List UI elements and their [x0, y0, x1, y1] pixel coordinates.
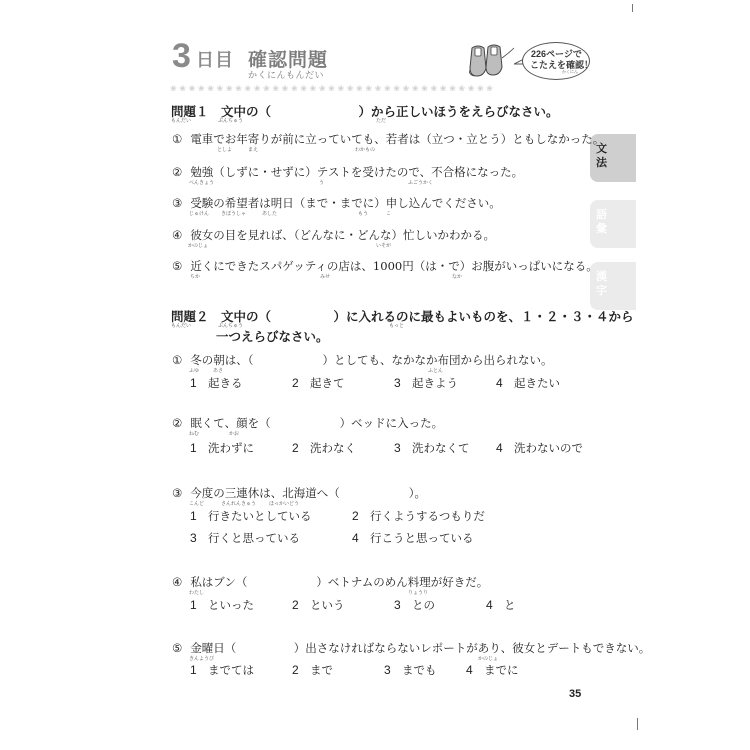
ruby: ふゆ [189, 367, 199, 374]
option-2-1-2[interactable]: 2起きて [292, 375, 345, 391]
ruby: ふとん [428, 367, 443, 374]
ruby: きぼうしゃ [221, 210, 246, 217]
day-label: 日目 [196, 46, 234, 72]
question-2-2: ②眠くて、顔を（ ）ベッドに入った。 [172, 415, 443, 431]
ruby: きんようび [189, 655, 214, 662]
option-2-3-4[interactable]: 4行こうと思っている [352, 530, 474, 546]
option-2-1-3[interactable]: 3起きよう [394, 375, 458, 391]
ruby: わかもの [355, 146, 375, 153]
ruby: まえ [248, 146, 258, 153]
ruby: りょうり [408, 589, 428, 596]
ruby: ぶんちゅう [218, 117, 243, 124]
option-2-1-4[interactable]: 4起きたい [496, 375, 560, 391]
question-2-4: ④私はブン（ ）ベトナムのめん料理が好きだ。 [172, 574, 488, 590]
page-title-reading: かくにんもんだい [248, 68, 324, 81]
question-2-3: ③今度の三連休は、北海道へ（ ）。 [172, 485, 426, 501]
option-2-4-4[interactable]: 4と [486, 597, 516, 613]
ruby: ふごうかく [408, 179, 433, 186]
ruby: あさ [213, 367, 223, 374]
ruby: かのじょ [478, 655, 498, 662]
ruby: もっと [389, 322, 404, 329]
question-1-4: ④彼女の目を見れば、（どんなに・どんな）忙しいかわかる。 [172, 227, 495, 243]
day-number: 3 [172, 36, 191, 76]
ruby: う [319, 179, 324, 186]
bubble-ruby: かくにん [562, 69, 578, 75]
ruby: もんだい [171, 322, 191, 329]
ruby: かお [229, 430, 239, 437]
question-2-5: ⑤金曜日（ ）出さなければならないレポートがあり、彼女とデートもできない。 [172, 640, 650, 656]
side-tab-vocabulary[interactable]: 語彙 [590, 200, 636, 248]
side-tab-label: 漢字 [596, 270, 610, 298]
question-1-2: ②勉強（しずに・せずに）テストを受けたので、不合格になった。 [172, 164, 523, 180]
crop-mark-top [632, 4, 633, 12]
decorative-flower-divider: ❀❀❀❀❀❀❀❀❀❀❀❀❀❀❀❀❀❀❀❀❀❀❀❀❀❀❀❀❀❀❀❀❀❀❀ [170, 84, 590, 94]
ruby: じゅけん [189, 210, 209, 217]
question-2-1: ①冬の朝は、（ ）としても、なかなか布団から出られない。 [172, 352, 553, 368]
ruby: もう [358, 210, 368, 217]
ruby: としよ [217, 146, 232, 153]
ruby: ねむ [189, 430, 199, 437]
ruby: わたし [189, 589, 204, 596]
problem-2-instruction-line2: 一つえらびなさい。 [216, 327, 329, 345]
option-2-5-4[interactable]: 4までに [466, 662, 519, 678]
option-2-2-3[interactable]: 3洗わなくて [394, 440, 470, 456]
ruby: べんきょう [189, 179, 214, 186]
ruby: いそが [376, 242, 391, 249]
ruby: さんれんきゅう [221, 500, 256, 507]
option-2-5-1[interactable]: 1までては [190, 662, 254, 678]
ruby: ちか [190, 273, 200, 280]
option-2-3-1[interactable]: 1行きたいとしている [190, 508, 312, 524]
ruby: ただ [376, 117, 386, 124]
option-2-4-1[interactable]: 1といった [190, 597, 254, 613]
option-2-4-3[interactable]: 3との [394, 597, 435, 613]
ruby: あした [262, 210, 277, 217]
question-1-1: ①電車でお年寄りが前に立っていても、若者は（立つ・立とう）ともしなかった。 [172, 131, 604, 147]
ruby: ほっかいどう [269, 500, 299, 507]
option-2-5-3[interactable]: 3までも [384, 662, 437, 678]
question-1-3: ③受験の希望者は明日（まで・までに）申し込んでください。 [172, 195, 501, 211]
option-2-1-1[interactable]: 1起きる [190, 375, 243, 391]
option-2-2-2[interactable]: 2洗わなく [292, 440, 356, 456]
option-2-4-2[interactable]: 2という [292, 597, 345, 613]
question-1-5: ⑤近くにできたスパゲッティの店は、1000円（は・で）お腹がいっぱいになる。 [172, 258, 598, 274]
option-2-5-2[interactable]: 2まで [292, 662, 333, 678]
side-tab-label: 語彙 [596, 208, 610, 236]
option-2-2-1[interactable]: 1洗わずに [190, 440, 254, 456]
ruby: こんど [189, 500, 204, 507]
crop-mark-bottom [637, 718, 638, 730]
ruby: もんだい [171, 117, 191, 124]
textbook-page: 3 日目 確認問題 かくにんもんだい ❀❀❀❀❀❀❀❀❀❀❀❀❀❀❀❀❀❀❀❀❀… [0, 0, 750, 750]
ruby: なか [452, 273, 462, 280]
sneakers-illustration-icon [468, 44, 516, 78]
option-2-2-4[interactable]: 4洗わないので [496, 440, 583, 456]
option-2-3-3[interactable]: 3行くと思っている [190, 530, 300, 546]
ruby: みせ [320, 273, 330, 280]
option-2-3-2[interactable]: 2行くようするつもりだ [352, 508, 485, 524]
ruby: かのじょ [188, 242, 208, 249]
ruby: こ [386, 210, 391, 217]
page-number: 35 [569, 688, 581, 700]
